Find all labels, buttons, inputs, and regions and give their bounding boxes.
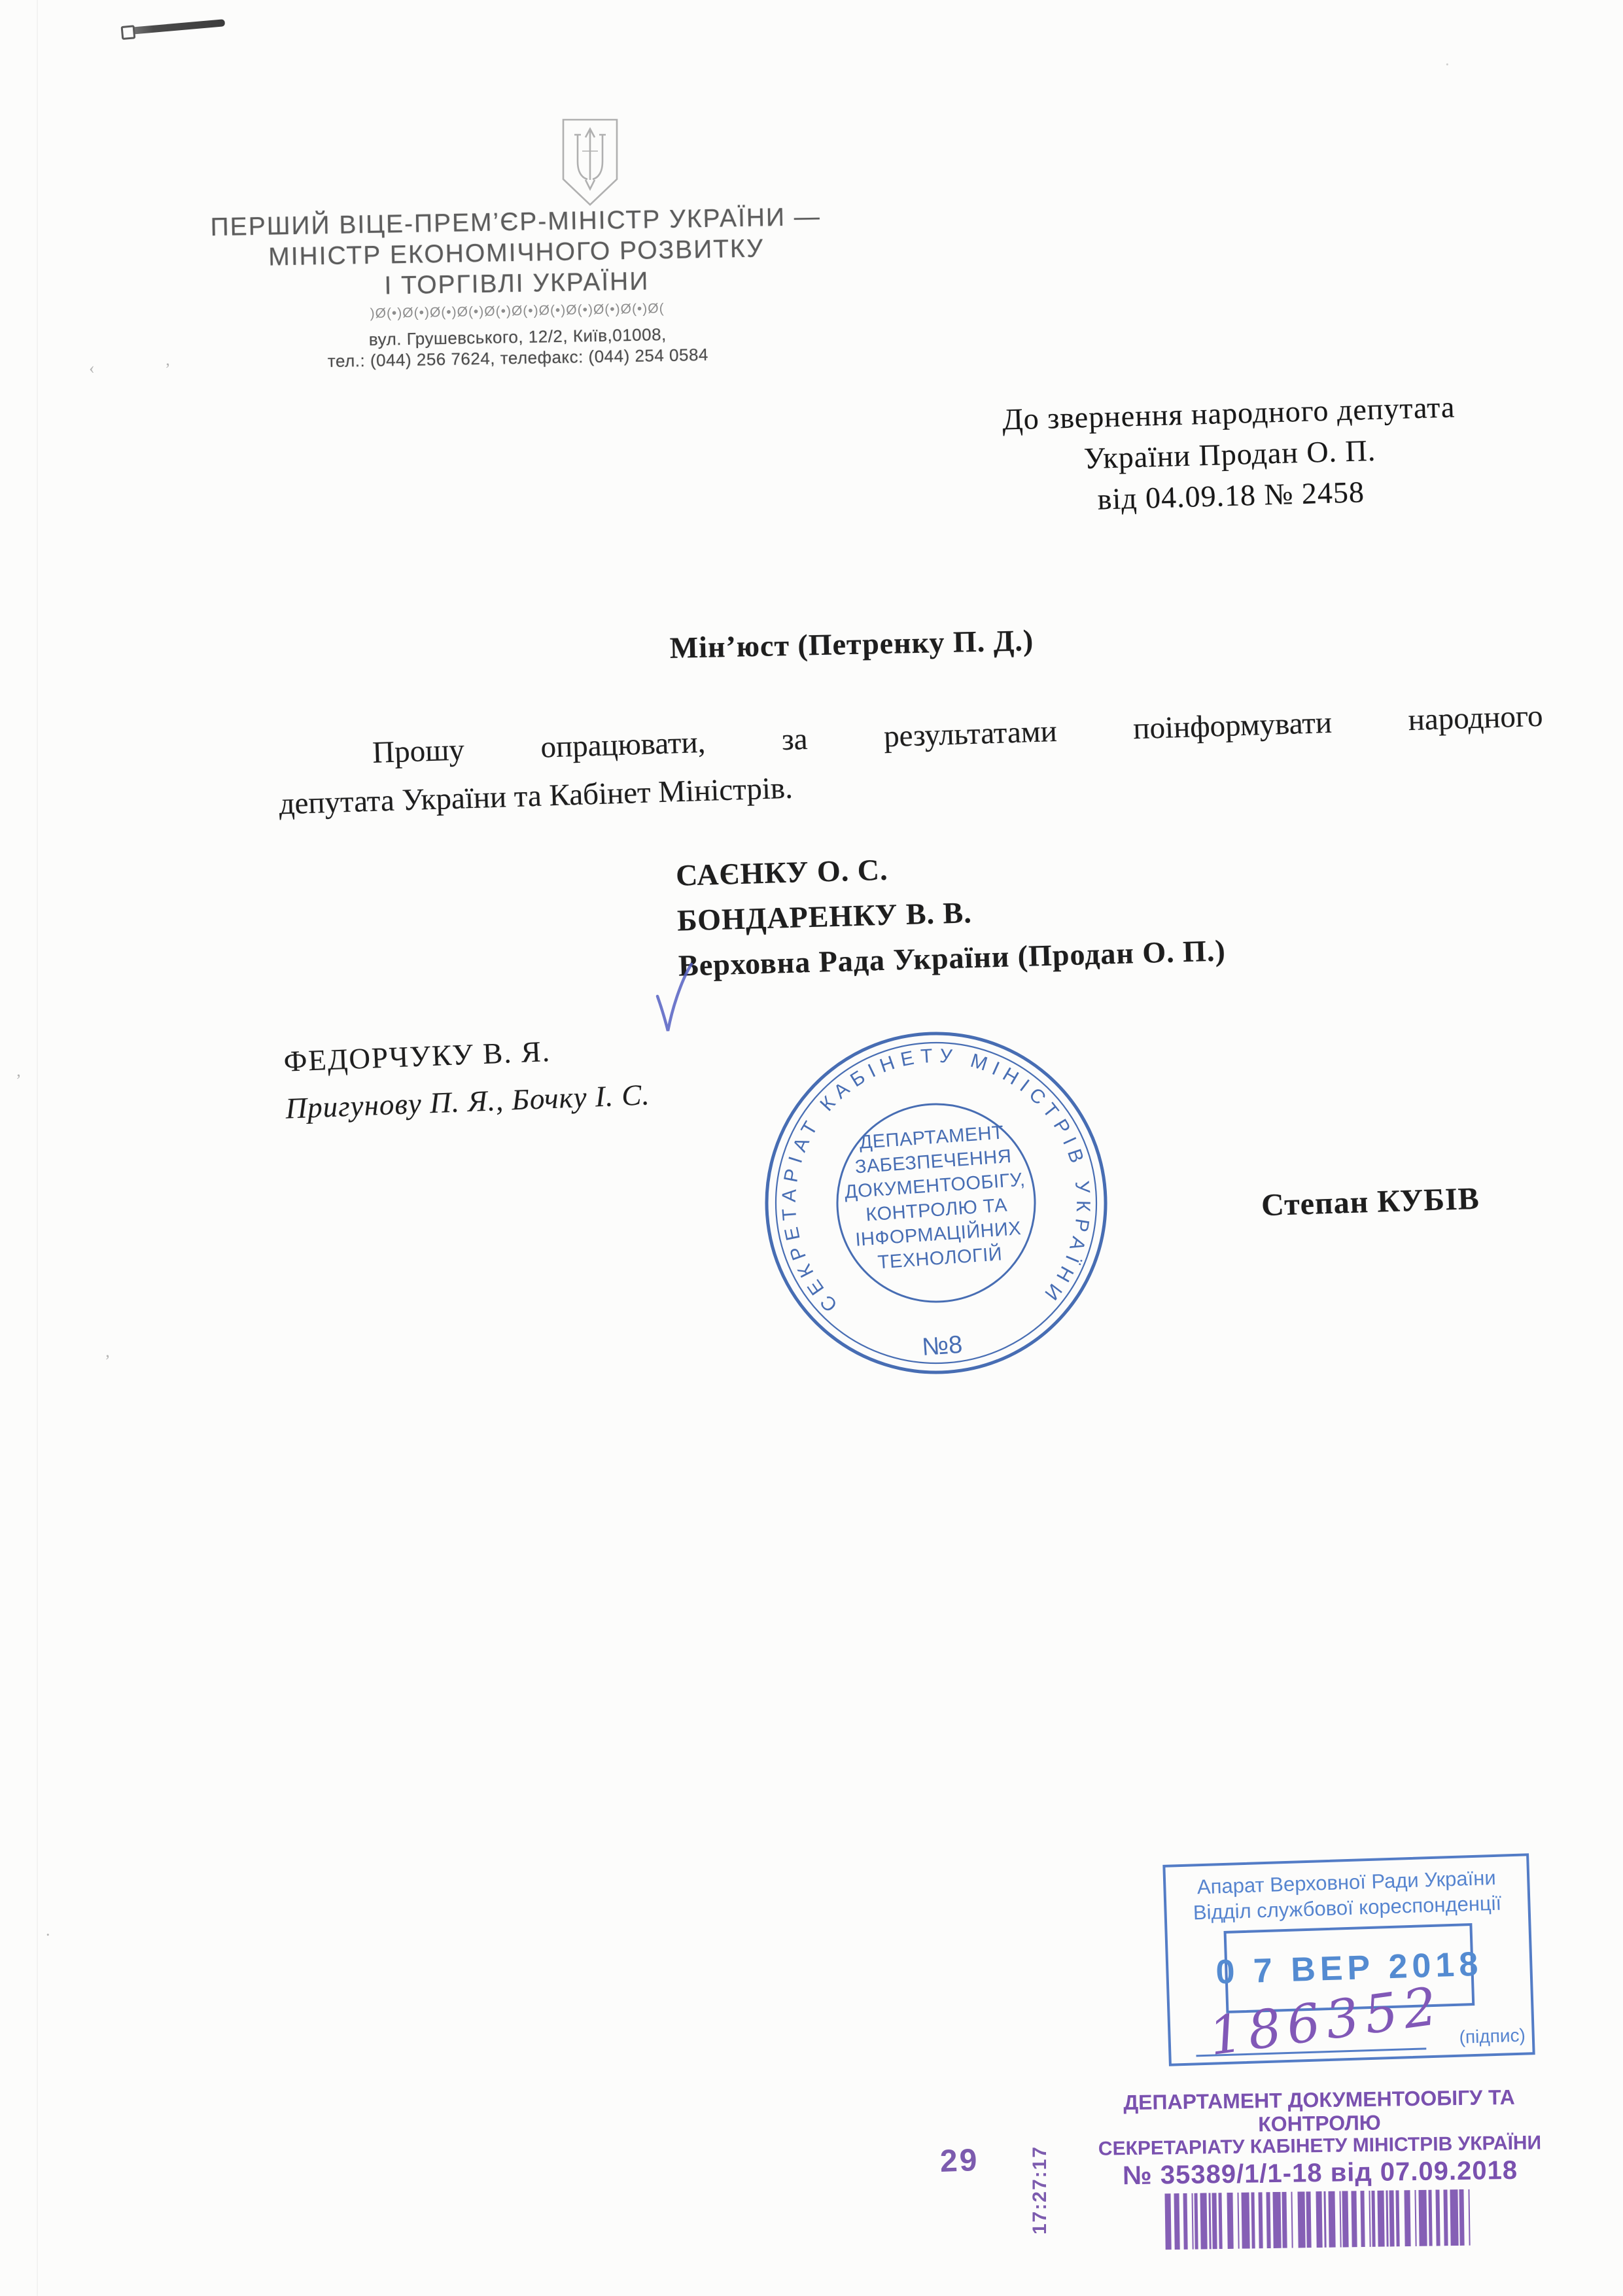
- body-paragraph: Прошу опрацювати, за результатами поінфо…: [277, 692, 1545, 829]
- copy-list: САЄНКУ О. С. БОНДАРЕНКУ В. В. Верховна Р…: [675, 837, 1226, 988]
- resolution-heading: Мін’юст (Петренку П. Д.): [485, 619, 1219, 669]
- letterhead-address: вул. Грушевського, 12/2, Київ,01008, тел…: [150, 320, 886, 375]
- round-stamp-number: №8: [921, 1331, 964, 1361]
- scan-artifact: .: [46, 1921, 50, 1940]
- scan-artifact: ·: [1444, 55, 1450, 75]
- pen-checkmark: [651, 960, 706, 1039]
- scan-timestamp: 17:27:17: [1027, 2134, 1053, 2246]
- scan-artifact: ‹: [89, 358, 95, 378]
- reference-block: До звернення народного депутата України …: [939, 385, 1521, 525]
- round-seal-stamp: СЕКРЕТАРІАТ КАБІНЕТУ МІНІСТРІВ УКРАЇНИ №…: [740, 1007, 1132, 1399]
- staple-mark: [123, 19, 225, 35]
- scan-edge-line: [37, 0, 38, 2296]
- barcode: [1163, 2189, 1478, 2250]
- kmu-stamp-number-date: № 35389/1/1-18 від 07.09.2018: [1065, 2154, 1576, 2193]
- scan-artifact: ‚: [16, 1061, 22, 1081]
- scan-artifact: ’: [105, 1351, 111, 1371]
- kmu-stamp-line1: ДЕПАРТАМЕНТ ДОКУМЕНТООБІГУ ТА КОНТРОЛЮ: [1064, 2085, 1575, 2139]
- letterhead: ПЕРШИЙ ВІЦЕ-ПРЕМ’ЄР-МІНІСТР УКРАЇНИ — МІ…: [148, 200, 886, 375]
- page-number: 29: [939, 2142, 979, 2180]
- scanned-letter-page: { "letterhead": { "title_line1": "ПЕРШИЙ…: [0, 0, 1623, 2296]
- executors-block: ФЕДОРЧУКУ В. Я. Пригунову П. Я., Бочку І…: [283, 1024, 650, 1132]
- vr-stamp-date: 0 7 ВЕР 2018: [1215, 1945, 1483, 1992]
- signature-label: (підпис): [1459, 2025, 1526, 2048]
- signer-name: Степан КУБІВ: [1261, 1181, 1480, 1223]
- ukraine-trident-emblem: [557, 116, 623, 209]
- vr-incoming-stamp: Апарат Верховної Ради України Відділ слу…: [1162, 1853, 1535, 2066]
- kmu-registration-stamp: ДЕПАРТАМЕНТ ДОКУМЕНТООБІГУ ТА КОНТРОЛЮ С…: [1064, 2085, 1576, 2255]
